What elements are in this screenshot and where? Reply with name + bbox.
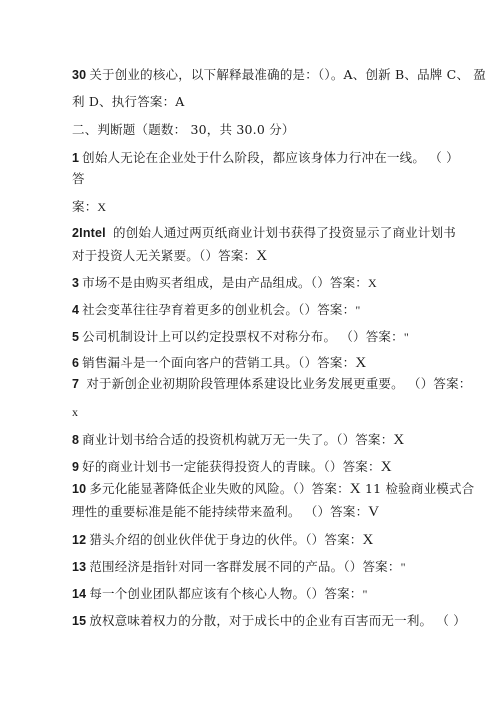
question-1-line-1: 1创始人无论在企业处于什么阶段，都应该身体力行冲在一线。 （ ） — [72, 150, 459, 166]
question-text: 每一个创业团队都应该有个核心人物。（）答案： — [89, 586, 362, 601]
answer-value: " — [404, 330, 409, 344]
question-14: 14每一个创业团队都应该有个核心人物。（）答案：" — [72, 586, 368, 602]
question-3: 3市场不是由购买者组成，是由产品组成。（）答案：X — [72, 275, 377, 291]
question-text: 理性的重要标准是能不能持续带来盈利。 （）答案： — [72, 504, 368, 519]
question-number: 2Intel — [72, 226, 106, 240]
question-text: 的创始人通过两页纸商业计划书获得了投资显示了商业计划书 — [109, 225, 456, 240]
answer-value: X — [256, 248, 267, 264]
answer-value: " — [355, 303, 360, 317]
question-4: 4社会变革往往孕育着更多的创业机会。（）答案：" — [72, 302, 360, 318]
answer-value: X — [355, 355, 366, 371]
question-text: 对于投资人无关紧要。（）答案： — [72, 248, 256, 263]
question-8: 8商业计划书给合适的投资机构就万无一失了。（）答案：X — [72, 432, 404, 448]
question-text: 对于新创企业初期阶段管理体系建设比业务发展更重要。 （）答案： — [82, 376, 471, 391]
answer-value: X — [362, 532, 373, 548]
question-number: 30 — [72, 68, 86, 82]
question-1-line-3: 案：X — [72, 199, 106, 215]
answer-value: " — [401, 560, 406, 574]
section-heading: 二、判断题（题数： 30，共 30.0 分） — [72, 122, 295, 138]
question-text: 放权意味着权力的分散，对于成长中的企业有百害而无一利。 （ ） — [89, 613, 466, 628]
question-number: 6 — [72, 356, 79, 370]
question-number: 10 — [72, 482, 86, 496]
question-text: 公司机制设计上可以约定投票权不对称分布。 （）答案： — [82, 329, 404, 344]
question-5: 5公司机制设计上可以约定投票权不对称分布。 （）答案：" — [72, 329, 409, 345]
question-text: 范围经济是指针对同一客群发展不同的产品。（）答案： — [89, 559, 400, 574]
question-number: 1 — [72, 151, 79, 165]
question-15: 15放权意味着权力的分散，对于成长中的企业有百害而无一利。 （ ） — [72, 613, 466, 629]
question-12: 12猎头介绍的创业伙伴优于身边的伙伴。（）答案：X — [72, 532, 374, 548]
question-13: 13范围经济是指针对同一客群发展不同的产品。（）答案：" — [72, 559, 406, 575]
answer-value: X — [97, 200, 106, 214]
question-text-continued: 11 检验商业模式合 — [361, 481, 475, 496]
answer-value: X — [393, 432, 404, 448]
question-number: 4 — [72, 303, 79, 317]
question-text: 关于创业的核心，以下解释最准确的是：（）。A、创新 B、品牌 C、 盈 — [89, 67, 486, 82]
answer-value: X — [350, 481, 361, 497]
question-number: 9 — [72, 460, 79, 474]
answer-value: x — [72, 405, 78, 419]
question-text: 社会变革往往孕育着更多的创业机会。（）答案： — [82, 302, 355, 317]
answer-value: X — [381, 459, 392, 475]
question-7-line-1: 7 对于新创企业初期阶段管理体系建设比业务发展更重要。 （）答案： — [72, 376, 472, 392]
question-10-11-line-1: 10多元化能显著降低企业失败的风险。（）答案：X 11 检验商业模式合 — [72, 481, 474, 497]
question-text: 销售漏斗是一个面向客户的营销工具。（）答案： — [82, 355, 355, 370]
answer-value: X — [368, 276, 377, 290]
question-text: 答 — [72, 171, 85, 186]
question-2-line-2: 对于投资人无关紧要。（）答案：X — [72, 248, 267, 264]
question-6: 6销售漏斗是一个面向客户的营销工具。（）答案：X — [72, 355, 366, 371]
question-text: 猎头介绍的创业伙伴优于身边的伙伴。（）答案： — [89, 532, 362, 547]
answer-value: " — [362, 587, 367, 601]
section-heading-text: 二、判断题（题数： 30，共 30.0 分） — [72, 122, 295, 137]
question-2-line-1: 2Intel 的创始人通过两页纸商业计划书获得了投资显示了商业计划书 — [72, 225, 456, 241]
question-7-line-2: x — [72, 404, 78, 420]
question-number: 8 — [72, 433, 79, 447]
question-number: 12 — [72, 533, 86, 547]
answer-value: V — [368, 504, 379, 520]
question-number: 5 — [72, 330, 79, 344]
question-9: 9好的商业计划书一定能获得投资人的青睐。（）答案：X — [72, 459, 392, 475]
question-text: 创始人无论在企业处于什么阶段，都应该身体力行冲在一线。 （ ） — [82, 150, 459, 165]
question-text: 商业计划书给合适的投资机构就万无一失了。（）答案： — [82, 432, 393, 447]
question-11-line-2: 理性的重要标准是能不能持续带来盈利。 （）答案：V — [72, 504, 379, 520]
question-text: 多元化能显著降低企业失败的风险。（）答案： — [89, 481, 349, 496]
answer-label: 案： — [72, 199, 97, 214]
question-1-line-2: 答 — [72, 171, 85, 187]
question-number: 3 — [72, 276, 79, 290]
question-number: 15 — [72, 614, 86, 628]
question-number: 14 — [72, 587, 86, 601]
question-30-line-2: 利 D、执行答案：A — [72, 94, 185, 110]
question-text: 利 D、执行答案：A — [72, 94, 185, 109]
document-page: 30关于创业的核心，以下解释最准确的是：（）。A、创新 B、品牌 C、 盈 利 … — [0, 0, 500, 708]
question-number: 13 — [72, 560, 86, 574]
question-number: 7 — [72, 377, 79, 391]
question-text: 好的商业计划书一定能获得投资人的青睐。（）答案： — [82, 459, 381, 474]
question-30-line-1: 30关于创业的核心，以下解释最准确的是：（）。A、创新 B、品牌 C、 盈 — [72, 67, 486, 83]
question-text: 市场不是由购买者组成，是由产品组成。（）答案： — [82, 275, 368, 290]
